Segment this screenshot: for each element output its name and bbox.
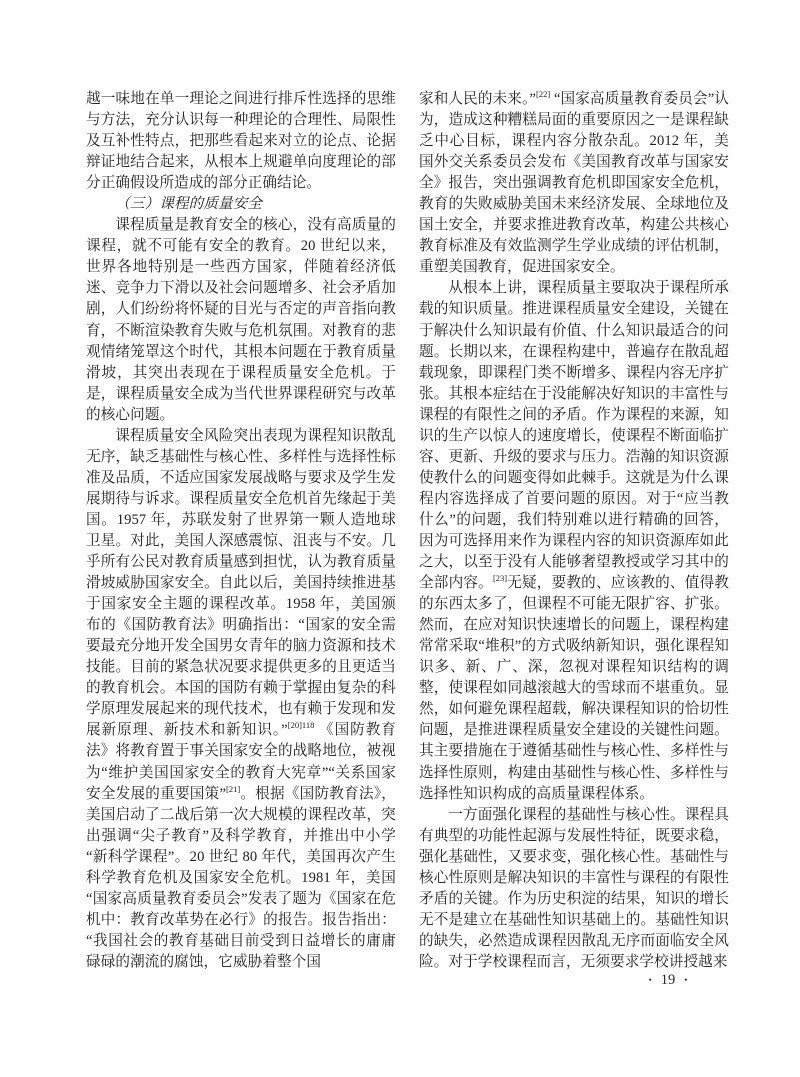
document-page: 越一味地在单一理论之间进行排斥性选择的思维与方法，充分认识每一种理论的合理性、局… [0,0,800,1077]
text-run: 一方面强化课程的基础性与核心性。课程具有典型的功能性起源与发展性特征，既要求稳，… [419,807,729,970]
citation-reference: [22] [536,89,550,99]
citation-reference: [23] [493,573,507,583]
page-number-left-dot-icon: • [649,976,652,985]
text-run: 越一味地在单一理论之间进行排斥性选择的思维与方法，充分认识每一种理论的合理性、局… [86,91,396,191]
paragraph: 课程质量是教育安全的核心，没有高质量的课程，就不可能有安全的教育。20 世纪以来… [86,215,396,425]
text-run: 从根本上讲，课程质量主要取决于课程所承载的知识质量。推进课程质量安全建设，关键在… [419,280,729,591]
page-number-value: 19 [661,972,676,989]
text-run: 无疑，要教的、应该教的、值得教的东西太多了，但课程不可能无限扩容、扩张。然而，在… [419,575,729,801]
column-left: 越一味地在单一理论之间进行排斥性选择的思维与方法，充分认识每一种理论的合理性、局… [86,89,396,985]
column-right: 家和人民的未来。”[22] “国家高质量教育委员会”认为，造成这种糟糕局面的重要… [419,89,729,985]
page-number: • 19 • [608,972,728,989]
text-run: 课程质量是教育安全的核心，没有高质量的课程，就不可能有安全的教育。20 世纪以来… [86,217,396,422]
paragraph: 家和人民的未来。”[22] “国家高质量教育委员会”认为，造成这种糟糕局面的重要… [419,89,729,278]
citation-reference: [20]118 [288,721,315,731]
text-columns: 越一味地在单一理论之间进行排斥性选择的思维与方法，充分认识每一种理论的合理性、局… [86,89,729,985]
paragraph: 越一味地在单一理论之间进行排斥性选择的思维与方法，充分认识每一种理论的合理性、局… [86,89,396,194]
text-run: “国家高质量教育委员会”认为，造成这种糟糕局面的重要原因之一是课程缺乏中心目标，… [419,91,729,275]
text-run: （三）课程的质量安全 [115,196,262,212]
text-run: 课程质量安全风险突出表现为课程知识散乱无序，缺乏基础性与核心性、多样性与选择性标… [86,428,396,739]
paragraph: 课程质量安全风险突出表现为课程知识散乱无序，缺乏基础性与核心性、多样性与选择性标… [86,426,396,973]
citation-reference: [21] [226,784,240,794]
text-run: 家和人民的未来。” [419,91,536,107]
paragraph: 一方面强化课程的基础性与核心性。课程具有典型的功能性起源与发展性特征，既要求稳，… [419,805,729,973]
text-run: 。根据《国防教育法》，美国启动了二战后第一次大规模的课程改革，突出强调“尖子教育… [86,786,396,970]
page-number-right-dot-icon: • [684,976,687,985]
section-heading: （三）课程的质量安全 [86,194,396,215]
paragraph: 从根本上讲，课程质量主要取决于课程所承载的知识质量。推进课程质量安全建设，关键在… [419,278,729,804]
